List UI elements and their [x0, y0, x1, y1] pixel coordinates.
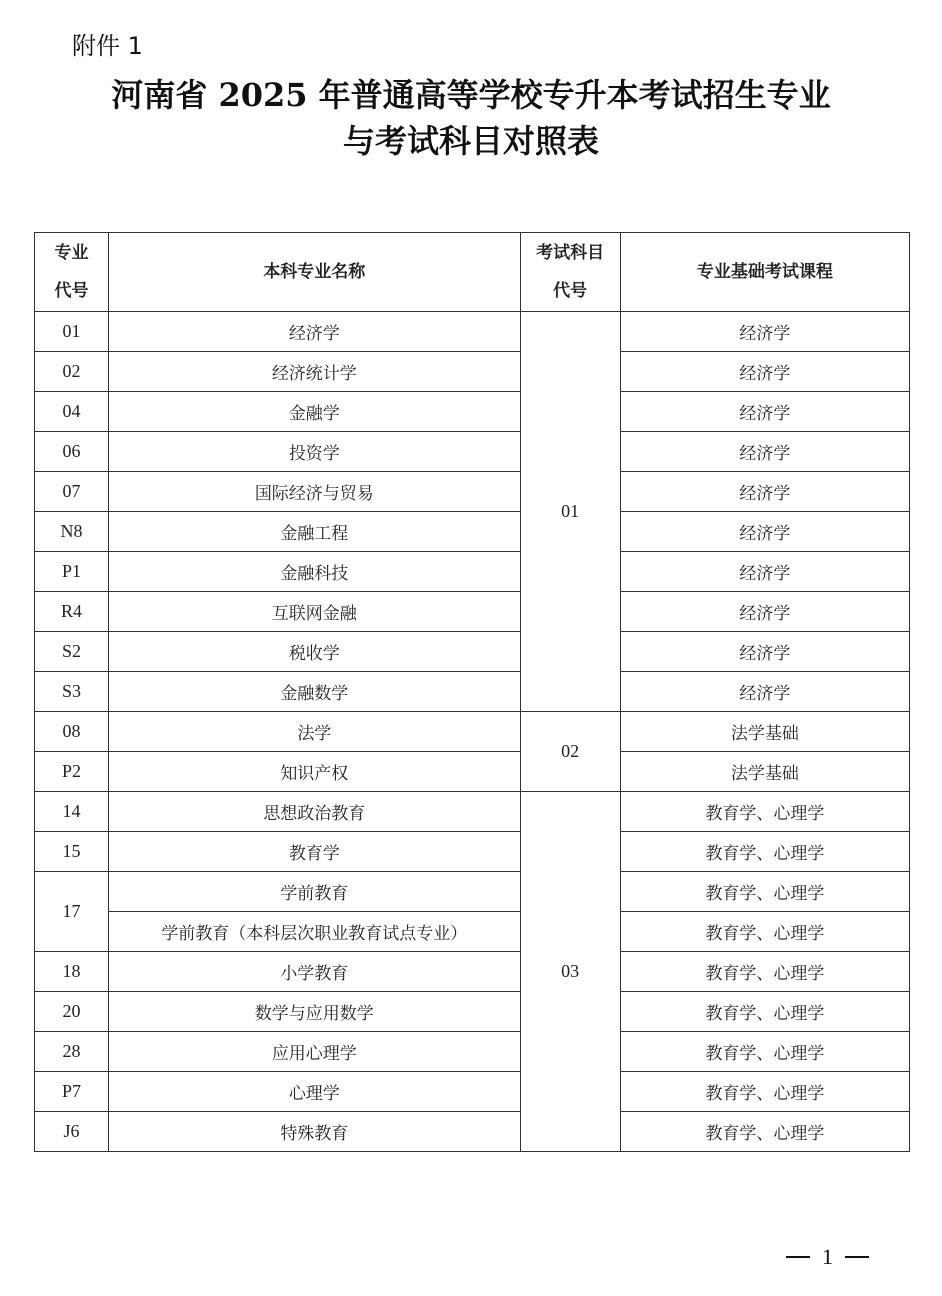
table-row: 20 数学与应用数学 教育学、心理学	[35, 992, 910, 1032]
major-code: 20	[35, 992, 109, 1032]
major-code: 06	[35, 432, 109, 472]
major-name: 数学与应用数学	[109, 992, 520, 1032]
exam-course: 经济学	[620, 592, 909, 632]
subject-code: 03	[520, 792, 620, 1152]
document-title-line1: 河南省 2025 年普通高等学校专升本考试招生专业	[0, 70, 942, 116]
header-major-code-line2: 代号	[35, 272, 108, 310]
exam-course: 经济学	[620, 672, 909, 712]
major-name: 心理学	[109, 1072, 520, 1112]
major-name: 经济统计学	[109, 352, 520, 392]
header-course: 专业基础考试课程	[620, 233, 909, 312]
major-name: 特殊教育	[109, 1112, 520, 1152]
table-row: 17 学前教育 教育学、心理学	[35, 872, 910, 912]
major-code: P2	[35, 752, 109, 792]
exam-course: 经济学	[620, 352, 909, 392]
exam-course: 经济学	[620, 552, 909, 592]
major-code: 04	[35, 392, 109, 432]
major-name: 小学教育	[109, 952, 520, 992]
exam-course: 经济学	[620, 472, 909, 512]
table-row: 14 思想政治教育 03 教育学、心理学	[35, 792, 910, 832]
exam-course: 经济学	[620, 512, 909, 552]
exam-course: 教育学、心理学	[620, 912, 909, 952]
exam-course: 经济学	[620, 312, 909, 352]
table-row: S3 金融数学 经济学	[35, 672, 910, 712]
major-code: J6	[35, 1112, 109, 1152]
major-code: P1	[35, 552, 109, 592]
major-code: S3	[35, 672, 109, 712]
exam-course: 教育学、心理学	[620, 1072, 909, 1112]
table-row: 08 法学 02 法学基础	[35, 712, 910, 752]
major-name: 学前教育（本科层次职业教育试点专业）	[109, 912, 520, 952]
major-name: 思想政治教育	[109, 792, 520, 832]
major-subject-table: 专业 代号 本科专业名称 考试科目 代号 专业基础考试课程 01 经济学 01 …	[34, 232, 910, 1152]
table-row: 06 投资学 经济学	[35, 432, 910, 472]
major-name: 学前教育	[109, 872, 520, 912]
attachment-label: 附件 1	[72, 26, 143, 61]
header-subject-code-line2: 代号	[521, 272, 620, 310]
exam-course: 经济学	[620, 392, 909, 432]
major-code: S2	[35, 632, 109, 672]
exam-course: 教育学、心理学	[620, 872, 909, 912]
major-code: 08	[35, 712, 109, 752]
header-major-code-line1: 专业	[35, 234, 108, 272]
exam-course: 经济学	[620, 432, 909, 472]
exam-course: 教育学、心理学	[620, 992, 909, 1032]
major-code: P7	[35, 1072, 109, 1112]
exam-course: 法学基础	[620, 752, 909, 792]
exam-course: 教育学、心理学	[620, 832, 909, 872]
table-row: 02 经济统计学 经济学	[35, 352, 910, 392]
exam-course: 教育学、心理学	[620, 792, 909, 832]
major-name: 教育学	[109, 832, 520, 872]
major-code: 15	[35, 832, 109, 872]
dash-right	[845, 1256, 869, 1258]
page-number-value: 1	[822, 1244, 833, 1270]
subject-code: 02	[520, 712, 620, 792]
table-row: P7 心理学 教育学、心理学	[35, 1072, 910, 1112]
exam-course: 教育学、心理学	[620, 1112, 909, 1152]
major-name: 经济学	[109, 312, 520, 352]
major-name: 金融科技	[109, 552, 520, 592]
table-row: 15 教育学 教育学、心理学	[35, 832, 910, 872]
major-name: 金融学	[109, 392, 520, 432]
subject-code: 01	[520, 312, 620, 712]
header-major-name: 本科专业名称	[109, 233, 520, 312]
table-row: P1 金融科技 经济学	[35, 552, 910, 592]
major-code: 02	[35, 352, 109, 392]
major-name: 互联网金融	[109, 592, 520, 632]
header-subject-code: 考试科目 代号	[520, 233, 620, 312]
major-code: 14	[35, 792, 109, 832]
exam-course: 经济学	[620, 632, 909, 672]
page-number: 1	[786, 1244, 869, 1270]
major-name: 国际经济与贸易	[109, 472, 520, 512]
major-code: R4	[35, 592, 109, 632]
table-row: 28 应用心理学 教育学、心理学	[35, 1032, 910, 1072]
document-title-line2: 与考试科目对照表	[0, 116, 942, 162]
major-name: 知识产权	[109, 752, 520, 792]
table-row: 07 国际经济与贸易 经济学	[35, 472, 910, 512]
major-code: N8	[35, 512, 109, 552]
table-row: 学前教育（本科层次职业教育试点专业） 教育学、心理学	[35, 912, 910, 952]
major-name: 税收学	[109, 632, 520, 672]
table-row: J6 特殊教育 教育学、心理学	[35, 1112, 910, 1152]
major-name: 应用心理学	[109, 1032, 520, 1072]
table-row: R4 互联网金融 经济学	[35, 592, 910, 632]
table-row: 01 经济学 01 经济学	[35, 312, 910, 352]
dash-left	[786, 1256, 810, 1258]
table-row: N8 金融工程 经济学	[35, 512, 910, 552]
major-name: 金融工程	[109, 512, 520, 552]
exam-course: 教育学、心理学	[620, 1032, 909, 1072]
exam-course: 教育学、心理学	[620, 952, 909, 992]
major-name: 法学	[109, 712, 520, 752]
header-subject-code-line1: 考试科目	[521, 234, 620, 272]
header-major-code: 专业 代号	[35, 233, 109, 312]
major-code: 17	[35, 872, 109, 952]
table-header-row: 专业 代号 本科专业名称 考试科目 代号 专业基础考试课程	[35, 233, 910, 312]
major-name: 金融数学	[109, 672, 520, 712]
major-code: 07	[35, 472, 109, 512]
major-code: 18	[35, 952, 109, 992]
table-row: P2 知识产权 法学基础	[35, 752, 910, 792]
table-row: S2 税收学 经济学	[35, 632, 910, 672]
major-code: 28	[35, 1032, 109, 1072]
exam-course: 法学基础	[620, 712, 909, 752]
major-code: 01	[35, 312, 109, 352]
major-name: 投资学	[109, 432, 520, 472]
table-row: 04 金融学 经济学	[35, 392, 910, 432]
table-row: 18 小学教育 教育学、心理学	[35, 952, 910, 992]
